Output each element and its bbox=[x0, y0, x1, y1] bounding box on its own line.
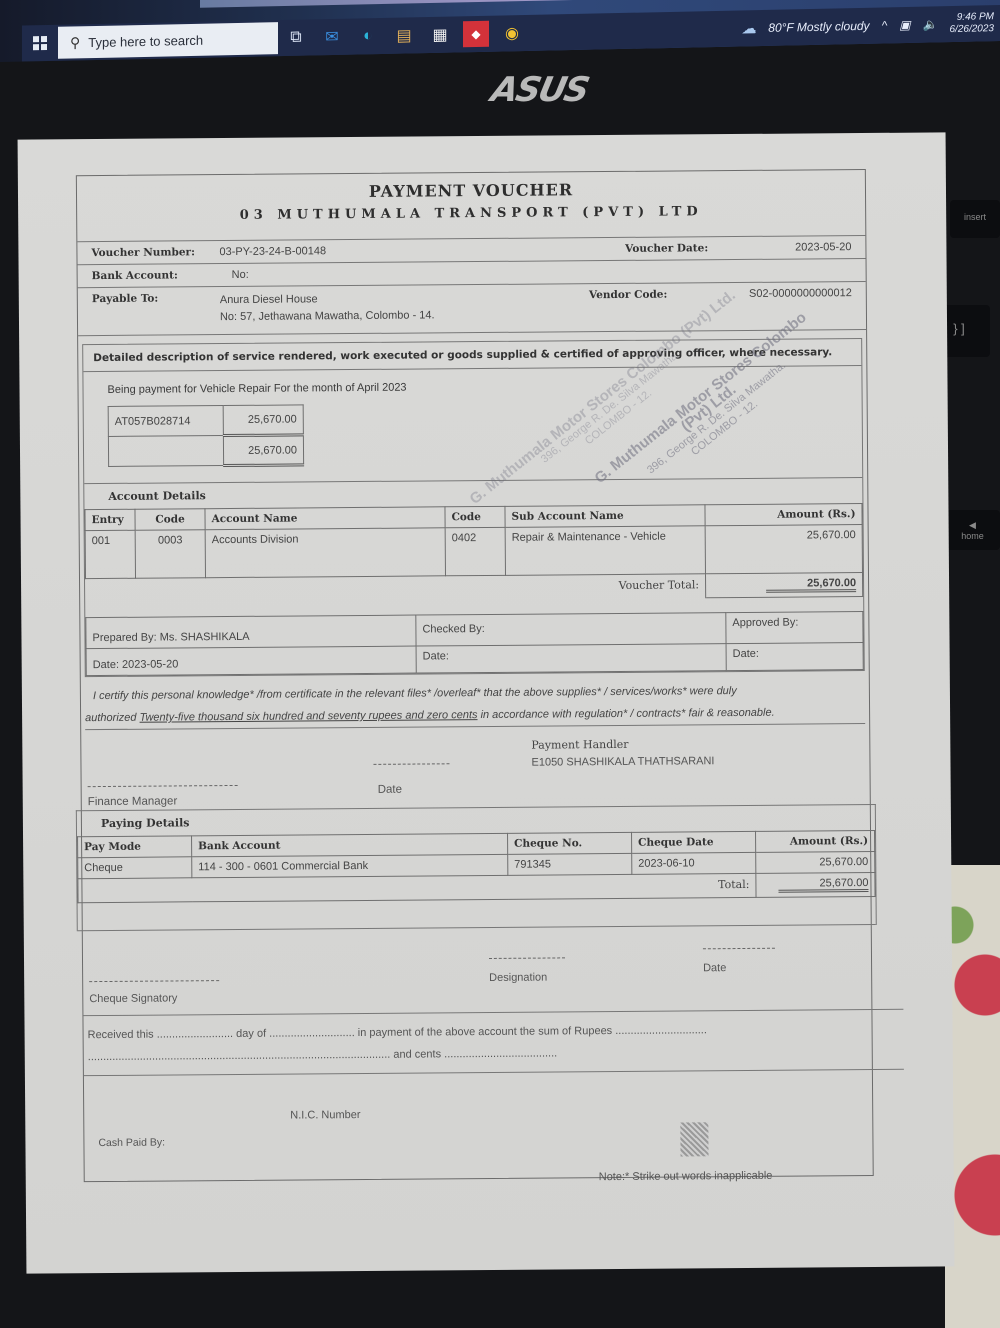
description-item-row: AT057B028714 25,670.00 bbox=[108, 405, 303, 437]
paying-amount: 25,670.00 bbox=[756, 851, 875, 873]
certification-prefix: authorized bbox=[85, 712, 140, 724]
voucher-total-label: Voucher Total: bbox=[86, 574, 706, 603]
col-paying-amount: Amount (Rs.) bbox=[756, 830, 875, 852]
certification-text: I certify this personal knowledge* /from… bbox=[81, 671, 869, 738]
table-row: 001 0003 Accounts Division 0402 Repair &… bbox=[85, 525, 862, 579]
received-this-line: Received this ......................... … bbox=[88, 1023, 908, 1041]
voucher-number-label: Voucher Number: bbox=[91, 246, 219, 259]
cheque-sign-date-label: Date bbox=[703, 962, 726, 974]
payment-voucher-paper: PAYMENT VOUCHER 03 MUTHUMALA TRANSPORT (… bbox=[18, 132, 955, 1273]
account-code: 0003 bbox=[135, 530, 205, 579]
account-details-table: Entry Code Account Name Code Sub Account… bbox=[84, 503, 863, 603]
taskbar-search-input[interactable]: ⚲ Type here to search bbox=[58, 22, 278, 59]
laptop-screen: ⚲ Type here to search ⧉ ✉ ◐ ▤ ▦ ◆ ◉ ☁ 80… bbox=[0, 0, 1000, 62]
col-amount: Amount (Rs.) bbox=[705, 504, 862, 526]
approved-by: Approved By: bbox=[726, 612, 863, 644]
search-icon: ⚲ bbox=[70, 34, 80, 51]
voucher-number: 03-PY-23-24-B-00148 bbox=[219, 245, 326, 258]
footnote: Note:* Strike out words inapplicable bbox=[599, 1170, 773, 1183]
payable-to-label: Payable To: bbox=[92, 292, 220, 305]
weather-icon[interactable]: ☁ bbox=[741, 19, 756, 37]
home-key: ◀home bbox=[945, 510, 1000, 550]
paying-details-box: Paying Details Pay Mode Bank Account Che… bbox=[76, 804, 877, 931]
approved-date: Date: bbox=[726, 643, 863, 671]
weather-text[interactable]: 80°F Mostly cloudy bbox=[768, 19, 869, 35]
windows-icon bbox=[33, 36, 47, 50]
payable-to-row: Payable To: Anura Diesel House No: 57, J… bbox=[78, 282, 866, 336]
voucher-total-row: Voucher Total: 25,670.00 bbox=[86, 573, 863, 603]
payment-handler-label: Payment Handler bbox=[531, 738, 628, 752]
search-placeholder: Type here to search bbox=[88, 32, 203, 49]
sub-account-name: Repair & Maintenance - Vehicle bbox=[505, 526, 705, 576]
network-icon[interactable]: ▣ bbox=[899, 18, 910, 32]
col-pay-mode: Pay Mode bbox=[78, 836, 192, 858]
description-body: Being payment for Vehicle Repair For the… bbox=[83, 366, 862, 484]
store-icon[interactable]: ▦ bbox=[422, 16, 458, 53]
designation-label: Designation bbox=[489, 972, 547, 984]
item-ref: AT057B028714 bbox=[108, 406, 223, 437]
payment-handler: E1050 SHASHIKALA THATHSARANI bbox=[531, 755, 714, 768]
finance-manager-label: Finance Manager bbox=[88, 795, 178, 808]
prepared-date: Date: 2023-05-20 bbox=[86, 646, 416, 676]
approvals-table: Prepared By: Ms. SHASHIKALA Checked By: … bbox=[85, 611, 863, 676]
account-amount: 25,670.00 bbox=[705, 525, 862, 574]
task-view-icon[interactable]: ⧉ bbox=[278, 19, 314, 56]
paying-details-table: Pay Mode Bank Account Cheque No. Cheque … bbox=[77, 830, 876, 903]
checked-by: Checked By: bbox=[416, 613, 726, 646]
file-explorer-icon[interactable]: ▤ bbox=[386, 17, 422, 54]
payable-to-name: Anura Diesel House bbox=[220, 290, 435, 309]
edge-icon[interactable]: ◐ bbox=[350, 18, 386, 55]
clock-time: 9:46 PM bbox=[950, 11, 995, 24]
cash-paid-by-label: Cash Paid By: bbox=[98, 1137, 165, 1150]
bank-account: No: bbox=[232, 269, 249, 281]
amount-in-words: Twenty-five thousand six hundred and sev… bbox=[139, 709, 477, 724]
description-box: Detailed description of service rendered… bbox=[82, 338, 865, 677]
anydesk-icon[interactable]: ◆ bbox=[463, 21, 489, 48]
prepared-by: Prepared By: Ms. SHASHIKALA bbox=[86, 615, 416, 649]
col-bank-account: Bank Account bbox=[192, 833, 508, 856]
windows-taskbar: ⚲ Type here to search ⧉ ✉ ◐ ▤ ▦ ◆ ◉ ☁ 80… bbox=[22, 5, 1000, 61]
cheque-date-line bbox=[703, 948, 775, 950]
sub-account-code: 0402 bbox=[445, 527, 505, 575]
chrome-icon[interactable]: ◉ bbox=[494, 15, 530, 52]
col-cheque-no: Cheque No. bbox=[508, 832, 632, 854]
clock[interactable]: 9:46 PM 6/26/2023 bbox=[950, 11, 995, 36]
col-entry: Entry bbox=[85, 509, 135, 530]
pay-mode: Cheque bbox=[78, 857, 192, 879]
voucher-date-label: Voucher Date: bbox=[625, 242, 795, 255]
cheque-date: 2023-06-10 bbox=[632, 852, 756, 874]
col-code: Code bbox=[135, 509, 205, 531]
item-amount: 25,670.00 bbox=[223, 405, 303, 436]
designation-line bbox=[489, 957, 565, 959]
voucher-title: PAYMENT VOUCHER bbox=[77, 178, 865, 203]
cheque-signatory-label: Cheque Signatory bbox=[89, 992, 177, 1005]
finance-manager-signature-line bbox=[88, 785, 238, 787]
system-tray: ☁ 80°F Mostly cloudy ^ ▣ 🔈 9:46 PM 6/26/… bbox=[741, 11, 1000, 40]
voucher-form: PAYMENT VOUCHER 03 MUTHUMALA TRANSPORT (… bbox=[76, 169, 874, 1182]
voucher-header: PAYMENT VOUCHER 03 MUTHUMALA TRANSPORT (… bbox=[77, 178, 865, 224]
col-account-name: Account Name bbox=[205, 507, 445, 530]
checked-date: Date: bbox=[416, 644, 726, 673]
entry: 001 bbox=[85, 530, 135, 578]
description-subtotal-row: 25,670.00 bbox=[108, 435, 303, 467]
voucher-date: 2023-05-20 bbox=[795, 241, 851, 253]
cheque-signatory-line bbox=[89, 980, 219, 982]
col-cheque-date: Cheque Date bbox=[632, 831, 756, 853]
cheque-number: 791345 bbox=[508, 853, 632, 875]
paying-bank-account: 114 - 300 - 0601 Commercial Bank bbox=[192, 854, 508, 877]
description-items-table: AT057B028714 25,670.00 25,670.00 bbox=[108, 404, 304, 468]
asus-logo: ASUS bbox=[488, 70, 591, 110]
qr-code-icon bbox=[680, 1122, 708, 1156]
mail-icon[interactable]: ✉ bbox=[314, 19, 350, 56]
description-subtotal: 25,670.00 bbox=[248, 444, 297, 456]
payable-to-address: No: 57, Jethawana Mawatha, Colombo - 14. bbox=[220, 307, 435, 326]
finance-signature-row: Finance Manager Date Payment Handler E10… bbox=[81, 732, 870, 810]
clock-date: 6/26/2023 bbox=[950, 23, 995, 36]
and-cents-line: ........................................… bbox=[88, 1045, 908, 1063]
date-signature-line bbox=[373, 763, 449, 765]
finance-date-label: Date bbox=[378, 784, 402, 796]
account-name: Accounts Division bbox=[205, 528, 445, 578]
receipt-section: Cheque Signatory Designation Date Receiv… bbox=[83, 925, 873, 1181]
insert-key: insert bbox=[950, 200, 1000, 238]
voucher-total: 25,670.00 bbox=[766, 577, 856, 593]
vendor-code: S02-0000000000012 bbox=[749, 287, 852, 300]
start-button[interactable] bbox=[22, 25, 58, 62]
bank-account-label: Bank Account: bbox=[92, 269, 232, 282]
nic-number-label: N.I.C. Number bbox=[290, 1109, 360, 1122]
certification-suffix: in accordance with regulation* / contrac… bbox=[477, 707, 774, 721]
chevron-up-icon[interactable]: ^ bbox=[882, 18, 888, 32]
volume-icon[interactable]: 🔈 bbox=[923, 17, 938, 31]
paying-total: 25,670.00 bbox=[778, 877, 868, 893]
